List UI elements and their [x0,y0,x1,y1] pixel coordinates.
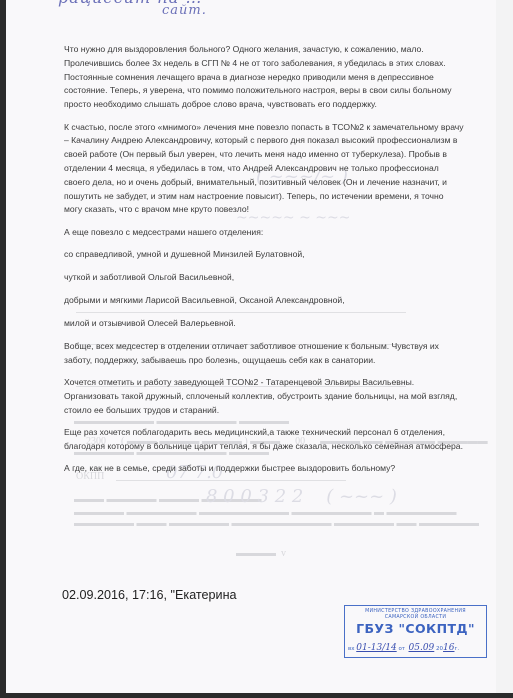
stamp-year-suffix: 16 [443,643,454,653]
paragraph: Что нужно для выздоровления больного? Од… [64,43,464,112]
signature-line: 02.09.2016, 17:16, "Екатерина [62,588,237,602]
bleed-through-text: ▬▬▬▬▬ ▬▬▬▬▬▬▬ ▬▬▬▬▬▬▬▬▬ ▬▬▬▬▬▬▬▬ ▬ ▬▬▬▬▬… [74,507,457,518]
stamp-registration-line: вх 01-13/14 от 05.09 2016г. [348,643,484,653]
handwritten-note: рациесит на … caйт. [54,0,374,21]
stamp-region: САМАРСКОЙ ОБЛАСТИ [345,615,486,620]
stamp-organization: ГБУЗ "СОКПТД" [345,621,486,636]
stamp-year-unit: г. [454,646,459,652]
bleed-through-text: ▬▬▬▬ v [236,548,286,559]
registration-stamp: МИНИСТЕРСТВО ЗДРАВООХРАНЕНИЯ САМАРСКОЙ О… [344,605,487,658]
handwritten-note-line: caйт. [162,4,207,18]
paragraph: К счастью, после этого «мнимого» лечения… [64,121,464,218]
nurse-list-item: со справедливой, умной и душевной Минзил… [64,248,464,262]
paragraph: Еще раз хочется поблагодарить весь медиц… [64,426,464,454]
bleed-through-handwriting: 8 0 0 3 2 2 ( ~~~ ) [206,486,397,507]
stamp-year-prefix: 20 [436,646,443,652]
paragraph: А где, как не в семье, среди заботы и по… [64,462,464,476]
stamp-date: 05.09 [409,643,435,653]
bleed-through-text: ▬▬▬▬▬▬ ▬▬▬ ▬▬▬▬▬▬ ▬▬▬▬▬▬▬▬▬▬ ▬▬▬▬▬▬ ▬▬ ▬… [74,518,479,529]
paragraph: Вобще, всех медсестер в отделении отлича… [64,340,464,368]
stamp-ministry: МИНИСТЕРСТВО ЗДРАВООХРАНЕНИЯ [345,609,486,614]
viewer-background [0,693,513,698]
stamp-prefix: вх [348,646,355,652]
nurse-list-item: добрыми и мягкими Ларисой Васильевной, О… [64,294,464,308]
stamp-number: 01-13/14 [356,643,396,653]
scanned-page: ( ~~~/~ ) ~~~~~ ~ ~~~ ▬▬▬▬▬▬▬▬ ▬▬▬▬▬▬▬▬ … [6,0,496,693]
nurse-list-item: милой и отзывчивой Олесей Валерьевной. [64,317,464,331]
stamp-from-label: от [398,646,405,652]
paragraph: А еще повезло с медсестрами нашего отдел… [64,226,464,240]
scan-edge [496,0,513,693]
paragraph: Хочется отметить и работу заведующей ТСО… [64,376,464,417]
nurse-list-item: чуткой и заботливой Ольгой Васильевной, [64,271,464,285]
letter-body: Что нужно для выздоровления больного? Од… [64,43,464,485]
